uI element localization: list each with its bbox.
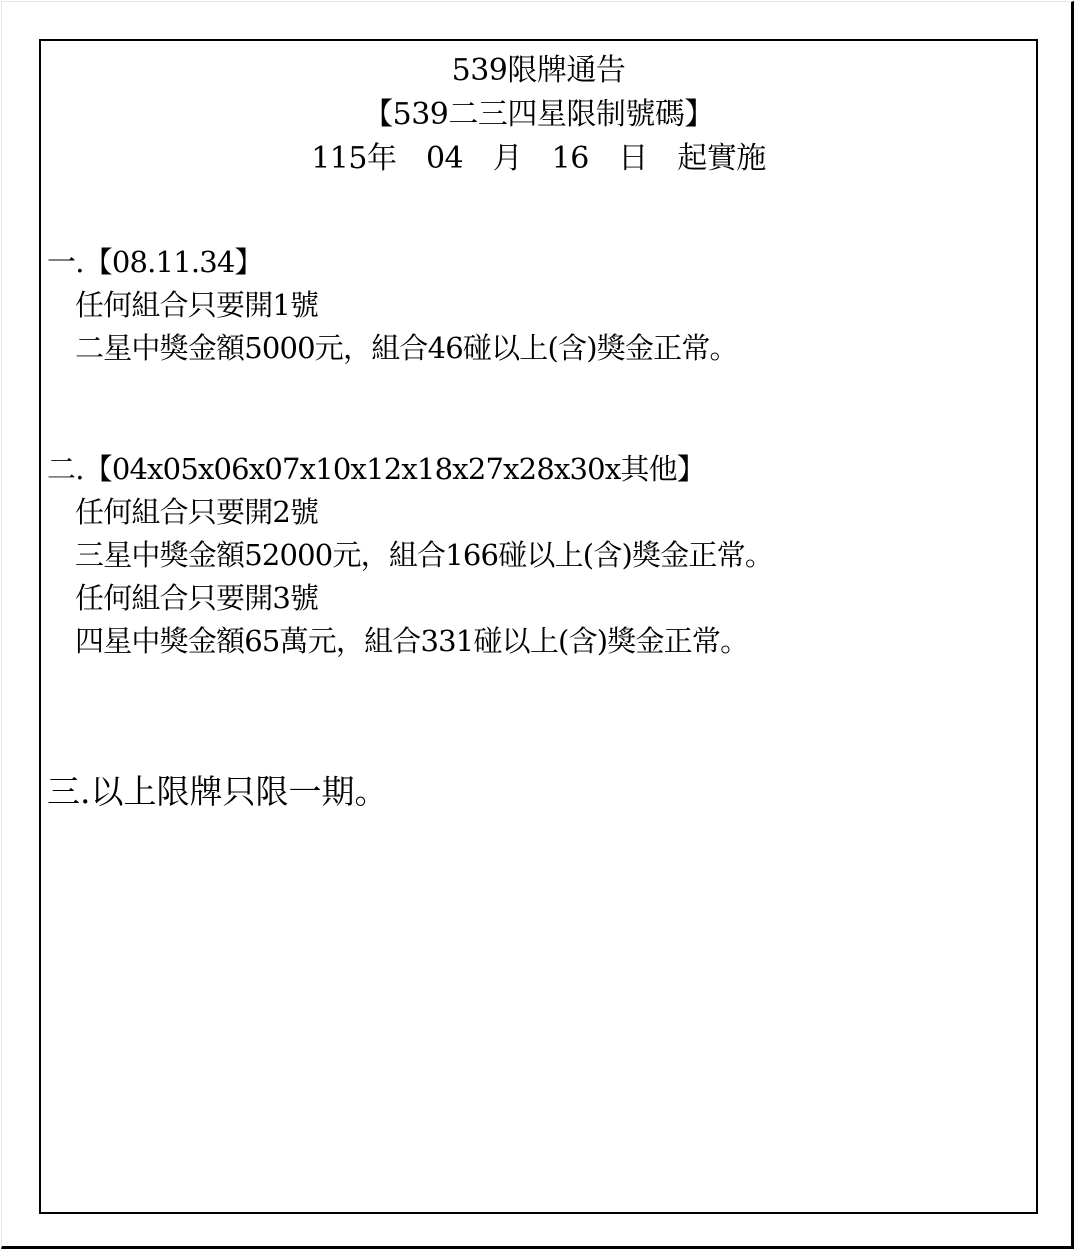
section-1: 一.【08.11.34】 任何組合只要開1號 二星中獎金額5000元，組合46碰… bbox=[47, 241, 1036, 370]
section-line: 任何組合只要開2號 bbox=[47, 491, 1036, 534]
notice-box: 539限牌通告 【539二三四星限制號碼】 115年 04 月 16 日 起實施… bbox=[39, 39, 1038, 1214]
section-line: 四星中獎金額65萬元，組合331碰以上(含)獎金正常。 bbox=[47, 620, 1036, 663]
section-3: 三.以上限牌只限一期。 bbox=[47, 769, 1036, 815]
notice-title: 539限牌通告 bbox=[41, 49, 1036, 93]
section-heading: 一.【08.11.34】 bbox=[47, 241, 1036, 284]
notice-subtitle: 【539二三四星限制號碼】 bbox=[41, 93, 1036, 137]
notice-header: 539限牌通告 【539二三四星限制號碼】 115年 04 月 16 日 起實施 bbox=[41, 49, 1036, 181]
section-heading: 二.【04x05x06x07x10x12x18x27x28x30x其他】 bbox=[47, 448, 1036, 491]
effective-date: 115年 04 月 16 日 起實施 bbox=[41, 137, 1036, 181]
section-line: 二星中獎金額5000元，組合46碰以上(含)獎金正常。 bbox=[47, 327, 1036, 370]
section-line: 任何組合只要開1號 bbox=[47, 284, 1036, 327]
section-2: 二.【04x05x06x07x10x12x18x27x28x30x其他】 任何組… bbox=[47, 448, 1036, 663]
section-line: 任何組合只要開3號 bbox=[47, 577, 1036, 620]
section-heading: 三.以上限牌只限一期。 bbox=[47, 769, 1036, 815]
section-line: 三星中獎金額52000元，組合166碰以上(含)獎金正常。 bbox=[47, 534, 1036, 577]
